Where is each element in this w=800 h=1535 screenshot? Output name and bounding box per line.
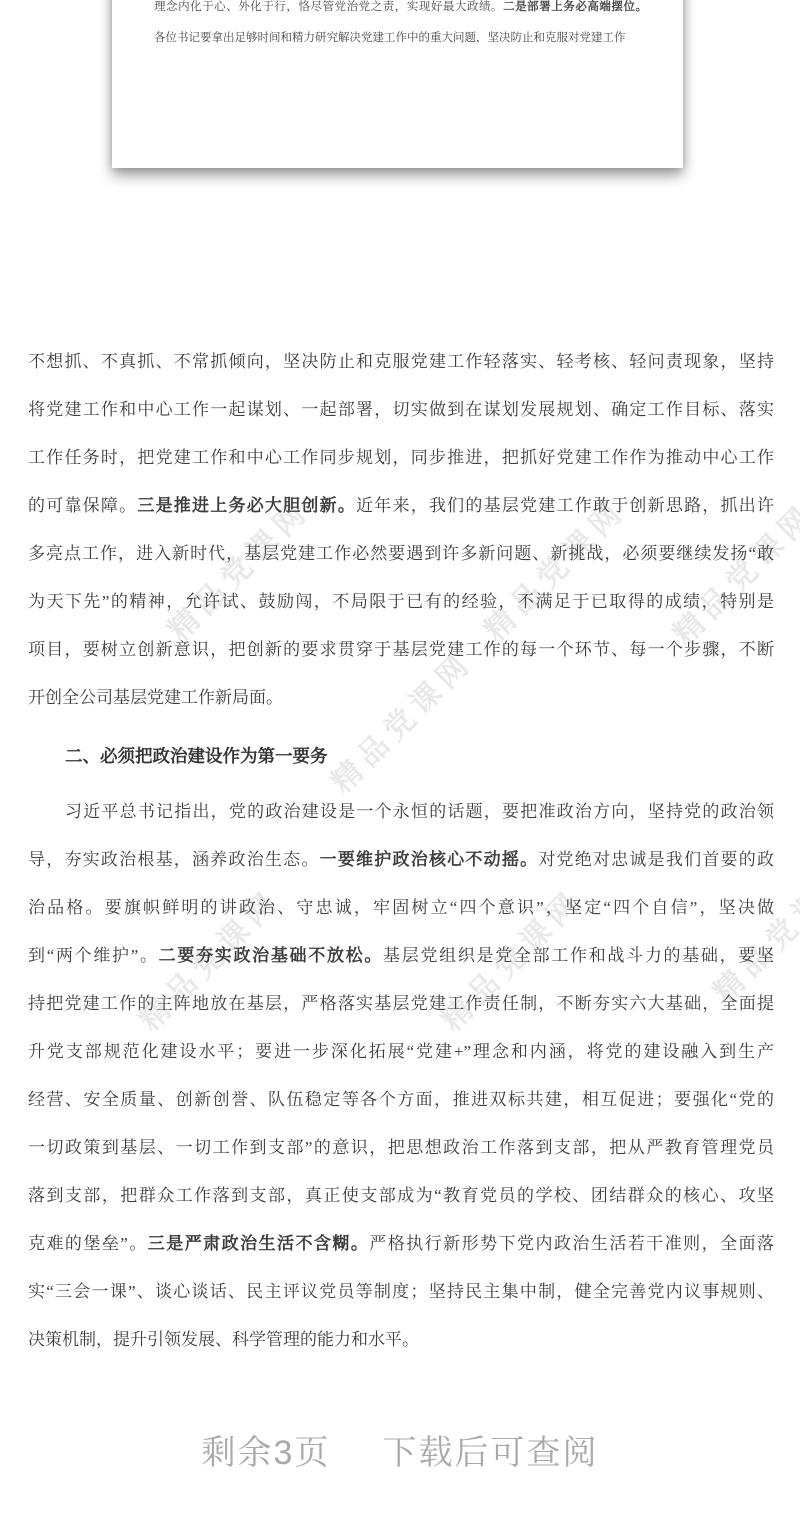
- text-line: 工作任务时，把党建工作和中心工作同步规划，同步推进，把抓好党建工作作为推动中心工…: [28, 434, 774, 482]
- text-segment: 实“三会一课”、谈心谈话、民主评议党员等制度；坚持民主集中制，健全完善党内议事规…: [28, 1282, 774, 1301]
- text-line: 习近平总书记指出，党的政治建设是一个永恒的话题，要把准政治方向，坚持党的政治领: [28, 788, 774, 836]
- text-segment: 工作任务时，把党建工作和中心工作同步规划，同步推进，把抓好党建工作作为推动中心工…: [28, 448, 774, 467]
- section-heading: 二、必须把政治建设作为第一要务: [28, 732, 774, 780]
- bold-text-segment: 二要夯实政治基础不放松。: [159, 946, 383, 965]
- text-segment: 近年来，我们的基层党建工作敢于创新思路，抓出许: [356, 496, 774, 515]
- text-segment: 不想抓、不真抓、不常抓倾向，坚决防止和克服党建工作轻落实、轻考核、轻问责现象，坚…: [28, 352, 774, 371]
- text-segment: 各位书记要拿出足够时间和精力研究解决党建工作中的重大问题，坚决防止和克服对党建工…: [154, 32, 626, 44]
- text-segment: 对党绝对忠诚是我们首要的政: [538, 850, 774, 869]
- text-segment: 持把党建工作的主阵地放在基层，严格落实基层党建工作责任制，不断夯实六大基础，全面…: [28, 994, 774, 1013]
- text-line: 的可靠保障。三是推进上务必大胆创新。近年来，我们的基层党建工作敢于创新思路，抓出…: [28, 482, 774, 530]
- text-segment: 多亮点工作，进入新时代，基层党建工作必然要遇到许多新问题、新挑战，必须要继续发扬…: [28, 544, 774, 563]
- text-segment: 治品格。要旗帜鲜明的讲政治、守忠诚，牢固树立“四个意识”，坚定“四个自信”，坚决…: [28, 898, 774, 917]
- text-line: 实“三会一课”、谈心谈话、民主评议党员等制度；坚持民主集中制，健全完善党内议事规…: [28, 1268, 774, 1316]
- text-line: 项目，要树立创新意识，把创新的要求贯穿于基层党建工作的每一个环节、每一个步骤，不…: [28, 626, 774, 674]
- text-line: 多亮点工作，进入新时代，基层党建工作必然要遇到许多新问题、新挑战，必须要继续发扬…: [28, 530, 774, 578]
- text-line: 升党支部规范化建设水平；要进一步深化拓展“党建+”理念和内涵，将党的建设融入到生…: [28, 1028, 774, 1076]
- text-segment: 的可靠保障。: [28, 496, 137, 515]
- text-line: 决策机制，提升引领发展、科学管理的能力和水平。: [28, 1316, 774, 1364]
- download-hint-label: 下载后可查阅: [382, 1434, 598, 1472]
- text-segment: 将党建工作和中心工作一起谋划、一起部署，切实做到在谋划发展规划、确定工作目标、落…: [28, 400, 774, 419]
- text-line: 开创全公司基层党建工作新局面。: [28, 674, 774, 722]
- text-segment: 经营、安全质量、创新创誉、队伍稳定等各个方面，推进双标共建，相互促进；要强化“党…: [28, 1090, 774, 1109]
- bold-text-segment: 二是部署上务必高端摆位。: [503, 1, 647, 13]
- text-segment: 为天下先”的精神，允许试、鼓励闯，不局限于已有的经验，不满足于已取得的成绩，特别…: [28, 592, 774, 611]
- text-segment: 一切政策到基层、一切工作到支部”的意识，把思想政治工作落到支部，把从严教育管理党…: [28, 1138, 774, 1157]
- bold-text-segment: 三是严肃政治生活不含糊。: [148, 1234, 370, 1253]
- text-segment: 理念内化于心、外化于行，恪尽管党治党之责，实现好最大政绩。: [154, 1, 503, 13]
- bold-text-segment: 一要维护政治核心不动摇。: [320, 850, 539, 869]
- current-page-body: 不想抓、不真抓、不常抓倾向，坚决防止和克服党建工作轻落实、轻考核、轻问责现象，坚…: [28, 338, 774, 1364]
- bold-text-segment: 三是推进上务必大胆创新。: [137, 496, 356, 515]
- text-line: 克难的堡垒”。三是严肃政治生活不含糊。严格执行新形势下党内政治生活若干准则，全面…: [28, 1220, 774, 1268]
- remaining-pages-note: 剩余3页下载后可查阅: [0, 1433, 800, 1473]
- text-line: 不想抓、不真抓、不常抓倾向，坚决防止和克服党建工作轻落实、轻考核、轻问责现象，坚…: [28, 338, 774, 386]
- text-segment: 到“两个维护”。: [28, 946, 159, 965]
- text-segment: 导，夯实政治根基，涵养政治生态。: [28, 850, 320, 869]
- text-line: 持把党建工作的主阵地放在基层，严格落实基层党建工作责任制，不断夯实六大基础，全面…: [28, 980, 774, 1028]
- text-segment: 严格执行新形势下党内政治生活若干准则，全面落: [369, 1234, 774, 1253]
- text-segment: 决策机制，提升引领发展、科学管理的能力和水平。: [28, 1330, 419, 1349]
- text-segment: 项目，要树立创新意识，把创新的要求贯穿于基层党建工作的每一个环节、每一个步骤，不…: [28, 640, 774, 659]
- text-segment: 基层党组织是党全部工作和战斗力的基础，要坚: [383, 946, 774, 965]
- remaining-pages-label: 剩余3页: [202, 1434, 331, 1472]
- text-segment: 克难的堡垒”。: [28, 1234, 148, 1253]
- text-segment: 开创全公司基层党建工作新局面。: [28, 688, 283, 707]
- text-segment: 落到支部，把群众工作落到支部，真正使支部成为“教育党员的学校、团结群众的核心、攻…: [28, 1186, 774, 1205]
- text-line: 为天下先”的精神，允许试、鼓励闯，不局限于已有的经验，不满足于已取得的成绩，特别…: [28, 578, 774, 626]
- text-line: 将党建工作和中心工作一起谋划、一起部署，切实做到在谋划发展规划、确定工作目标、落…: [28, 386, 774, 434]
- text-line: 理念内化于心、外化于行，恪尽管党治党之责，实现好最大政绩。二是部署上务必高端摆位…: [154, 0, 647, 23]
- previous-page-card: 理念内化于心、外化于行，恪尽管党治党之责，实现好最大政绩。二是部署上务必高端摆位…: [112, 0, 683, 168]
- text-segment: 升党支部规范化建设水平；要进一步深化拓展“党建+”理念和内涵，将党的建设融入到生…: [28, 1042, 774, 1061]
- text-segment: 习近平总书记指出，党的政治建设是一个永恒的话题，要把准政治方向，坚持党的政治领: [65, 802, 774, 821]
- text-line: 治品格。要旗帜鲜明的讲政治、守忠诚，牢固树立“四个意识”，坚定“四个自信”，坚决…: [28, 884, 774, 932]
- document-preview-viewport: 精品党课网精品党课网精品党课网精品党课网精品党课网精品党课网精品党课网 理念内化…: [0, 0, 800, 1535]
- text-line: 到“两个维护”。二要夯实政治基础不放松。基层党组织是党全部工作和战斗力的基础，要…: [28, 932, 774, 980]
- text-line: 经营、安全质量、创新创誉、队伍稳定等各个方面，推进双标共建，相互促进；要强化“党…: [28, 1076, 774, 1124]
- text-line: 导，夯实政治根基，涵养政治生态。一要维护政治核心不动摇。对党绝对忠诚是我们首要的…: [28, 836, 774, 884]
- text-line: 落到支部，把群众工作落到支部，真正使支部成为“教育党员的学校、团结群众的核心、攻…: [28, 1172, 774, 1220]
- text-line: 一切政策到基层、一切工作到支部”的意识，把思想政治工作落到支部，把从严教育管理党…: [28, 1124, 774, 1172]
- text-line: 各位书记要拿出足够时间和精力研究解决党建工作中的重大问题，坚决防止和克服对党建工…: [154, 23, 647, 54]
